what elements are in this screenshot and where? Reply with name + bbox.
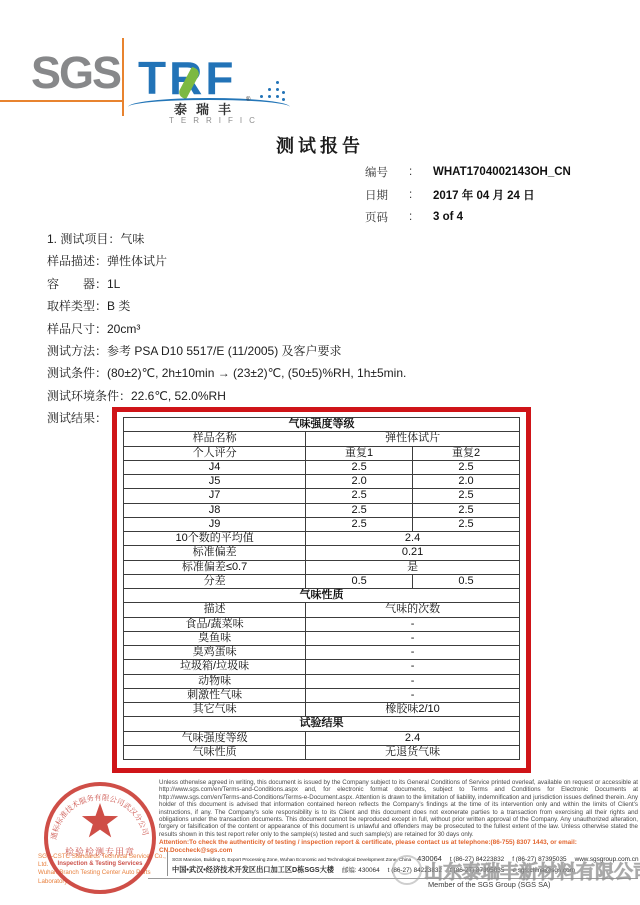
table-row: 标准偏差≤0.7是	[124, 560, 520, 574]
table-row: J92.52.5	[124, 517, 520, 531]
table-row: 气味性质	[124, 589, 520, 603]
table-cell: 2.5	[413, 460, 520, 474]
report-date-row: 日期 : 2017 年 04 月 24 日	[365, 183, 571, 205]
table-cell: -	[306, 674, 520, 688]
table-row: 气味强度等级2.4	[124, 731, 520, 745]
table-row: J82.52.5	[124, 503, 520, 517]
report-page-label: 页码	[365, 209, 409, 225]
info-line: 测试条件：(80±2)℃, 2h±10min → (23±2)℃, (50±5)…	[47, 362, 406, 384]
table-row: 描述气味的次数	[124, 603, 520, 617]
disclaimer-text: Unless otherwise agreed in writing, this…	[159, 779, 638, 838]
table-cell: 重复2	[413, 446, 520, 460]
info-line: 容 器：1L	[47, 273, 406, 295]
colon: :	[409, 189, 433, 201]
table-cell: 气味强度等级	[124, 418, 520, 432]
table-cell: 气味性质	[124, 745, 306, 759]
results-table: 气味强度等级样品名称弹性体试片个人评分重复1重复2J42.52.5J52.02.…	[123, 417, 520, 760]
table-cell: 2.4	[306, 731, 520, 745]
address-en: SGS Mansion, Building D, Export Processi…	[172, 858, 411, 863]
colon: :	[409, 166, 433, 178]
table-cell: 2.4	[306, 532, 520, 546]
stamp-subtitle: Inspection & Testing Services	[58, 861, 144, 867]
table-cell: -	[306, 617, 520, 631]
postcode-cn: 邮编: 430064	[342, 865, 380, 874]
registration-mark-vertical	[122, 38, 124, 116]
report-date-value: 2017 年 04 月 24 日	[433, 187, 535, 203]
result-highlight-box: 气味强度等级样品名称弹性体试片个人评分重复1重复2J42.52.5J52.02.…	[112, 407, 531, 773]
table-row: 标准偏差0.21	[124, 546, 520, 560]
report-number-label: 编号	[365, 164, 409, 180]
table-cell: J5	[124, 475, 306, 489]
table-row: 臭鸡蛋味-	[124, 646, 520, 660]
report-date-label: 日期	[365, 187, 409, 203]
stamp-title: 检验检测专用章	[65, 846, 135, 857]
colon: :	[409, 211, 433, 223]
table-cell: 标准偏差≤0.7	[124, 560, 306, 574]
table-cell: 垃圾箱/垃圾味	[124, 660, 306, 674]
table-cell: 2.5	[413, 517, 520, 531]
table-cell: 刺激性气味	[124, 688, 306, 702]
header-fields: 编号 : WHAT1704002143OH_CN 日期 : 2017 年 04 …	[365, 161, 571, 228]
table-row: J52.02.0	[124, 475, 520, 489]
registration-mark-horizontal	[0, 100, 124, 102]
table-cell: 个人评分	[124, 446, 306, 460]
table-cell: 样品名称	[124, 432, 306, 446]
table-cell: 试验结果	[124, 717, 520, 731]
table-cell: 2.5	[306, 503, 413, 517]
sgs-logo: SGS	[31, 50, 120, 95]
table-cell: 2.5	[306, 517, 413, 531]
table-cell: J8	[124, 503, 306, 517]
table-cell: 2.5	[306, 460, 413, 474]
table-cell: 气味强度等级	[124, 731, 306, 745]
disclaimer-block: Unless otherwise agreed in writing, this…	[159, 779, 638, 854]
table-cell: 弹性体试片	[306, 432, 520, 446]
table-row: 动物味-	[124, 674, 520, 688]
table-cell: 0.5	[413, 574, 520, 588]
info-line: 样品尺寸：20cm³	[47, 318, 406, 340]
table-cell: 橡胶味2/10	[306, 703, 520, 717]
report-number-row: 编号 : WHAT1704002143OH_CN	[365, 161, 571, 183]
table-cell: 其它气味	[124, 703, 306, 717]
table-row: 食品/蔬菜味-	[124, 617, 520, 631]
trf-english-name: TERRIFIC	[169, 116, 262, 125]
watermark-logo-icon	[392, 855, 422, 885]
info-line: 样品描述：弹性体试片	[47, 250, 406, 272]
info-line: 取样类型：B 类	[47, 295, 406, 317]
table-cell: 标准偏差	[124, 546, 306, 560]
table-cell: 分差	[124, 574, 306, 588]
report-page-value: 3 of 4	[433, 211, 463, 223]
test-report-page: SGS TRF 泰瑞丰 ® TERRIFIC 测试报告 编号 : WHAT170…	[0, 0, 640, 905]
table-cell: J7	[124, 489, 306, 503]
table-cell: 2.0	[413, 475, 520, 489]
table-cell: 10个数的平均值	[124, 532, 306, 546]
table-cell: J4	[124, 460, 306, 474]
table-row: 垃圾箱/垃圾味-	[124, 660, 520, 674]
report-page-row: 页码 : 3 of 4	[365, 206, 571, 228]
table-row: 刺激性气味-	[124, 688, 520, 702]
table-cell: 描述	[124, 603, 306, 617]
table-row: 气味强度等级	[124, 418, 520, 432]
info-line: 1. 测试项目：气味	[47, 228, 406, 250]
attention-text: Attention:To check the authenticity of t…	[159, 839, 638, 854]
table-cell: 2.5	[413, 489, 520, 503]
table-cell: -	[306, 646, 520, 660]
table-row: 其它气味橡胶味2/10	[124, 703, 520, 717]
table-row: 气味性质无退货气味	[124, 745, 520, 759]
table-cell: 臭鱼味	[124, 631, 306, 645]
table-row: 臭鱼味-	[124, 631, 520, 645]
table-cell: 气味的次数	[306, 603, 520, 617]
table-cell: J9	[124, 517, 306, 531]
table-cell: -	[306, 660, 520, 674]
table-cell: 2.5	[413, 503, 520, 517]
trf-logo: TRF 泰瑞丰 ® TERRIFIC	[138, 55, 308, 135]
table-cell: 臭鸡蛋味	[124, 646, 306, 660]
table-cell: 气味性质	[124, 589, 520, 603]
inspection-stamp: 通标标准技术服务有限公司武汉分公司 检验检测专用章 Inspection & T…	[40, 778, 160, 898]
watermark-text: 山东泰瑞丰新材料有限公司	[424, 857, 640, 884]
table-cell: 动物味	[124, 674, 306, 688]
table-cell: 重复1	[306, 446, 413, 460]
table-cell: -	[306, 688, 520, 702]
page-title: 测试报告	[0, 132, 640, 158]
table-cell: -	[306, 631, 520, 645]
info-lines: 1. 测试项目：气味样品描述：弹性体试片容 器：1L取样类型：B 类样品尺寸：2…	[47, 228, 406, 430]
table-row: J42.52.5	[124, 460, 520, 474]
stamp-star-icon	[82, 803, 118, 837]
table-cell: 无退货气味	[306, 745, 520, 759]
table-cell: 食品/蔬菜味	[124, 617, 306, 631]
table-row: 个人评分重复1重复2	[124, 446, 520, 460]
table-cell: 0.21	[306, 546, 520, 560]
table-cell: 2.5	[306, 489, 413, 503]
table-cell: 0.5	[306, 574, 413, 588]
table-cell: 是	[306, 560, 520, 574]
info-line: 测试环境条件：22.6℃, 52.0%RH	[47, 385, 406, 407]
report-number-value: WHAT1704002143OH_CN	[433, 166, 571, 178]
table-row: 样品名称弹性体试片	[124, 432, 520, 446]
company-watermark: 山东泰瑞丰新材料有限公司	[392, 855, 640, 885]
table-cell: 2.0	[306, 475, 413, 489]
table-row: J72.52.5	[124, 489, 520, 503]
table-row: 分差0.50.5	[124, 574, 520, 588]
info-line: 测试方法：参考 PSA D10 5517/E (11/2005) 及客户要求	[47, 340, 406, 362]
table-row: 10个数的平均值2.4	[124, 532, 520, 546]
table-row: 试验结果	[124, 717, 520, 731]
address-cn: 中国•武汉•经济技术开发区出口加工区D栋SGS大楼	[172, 865, 334, 875]
trf-registered-mark: ®	[246, 97, 250, 103]
